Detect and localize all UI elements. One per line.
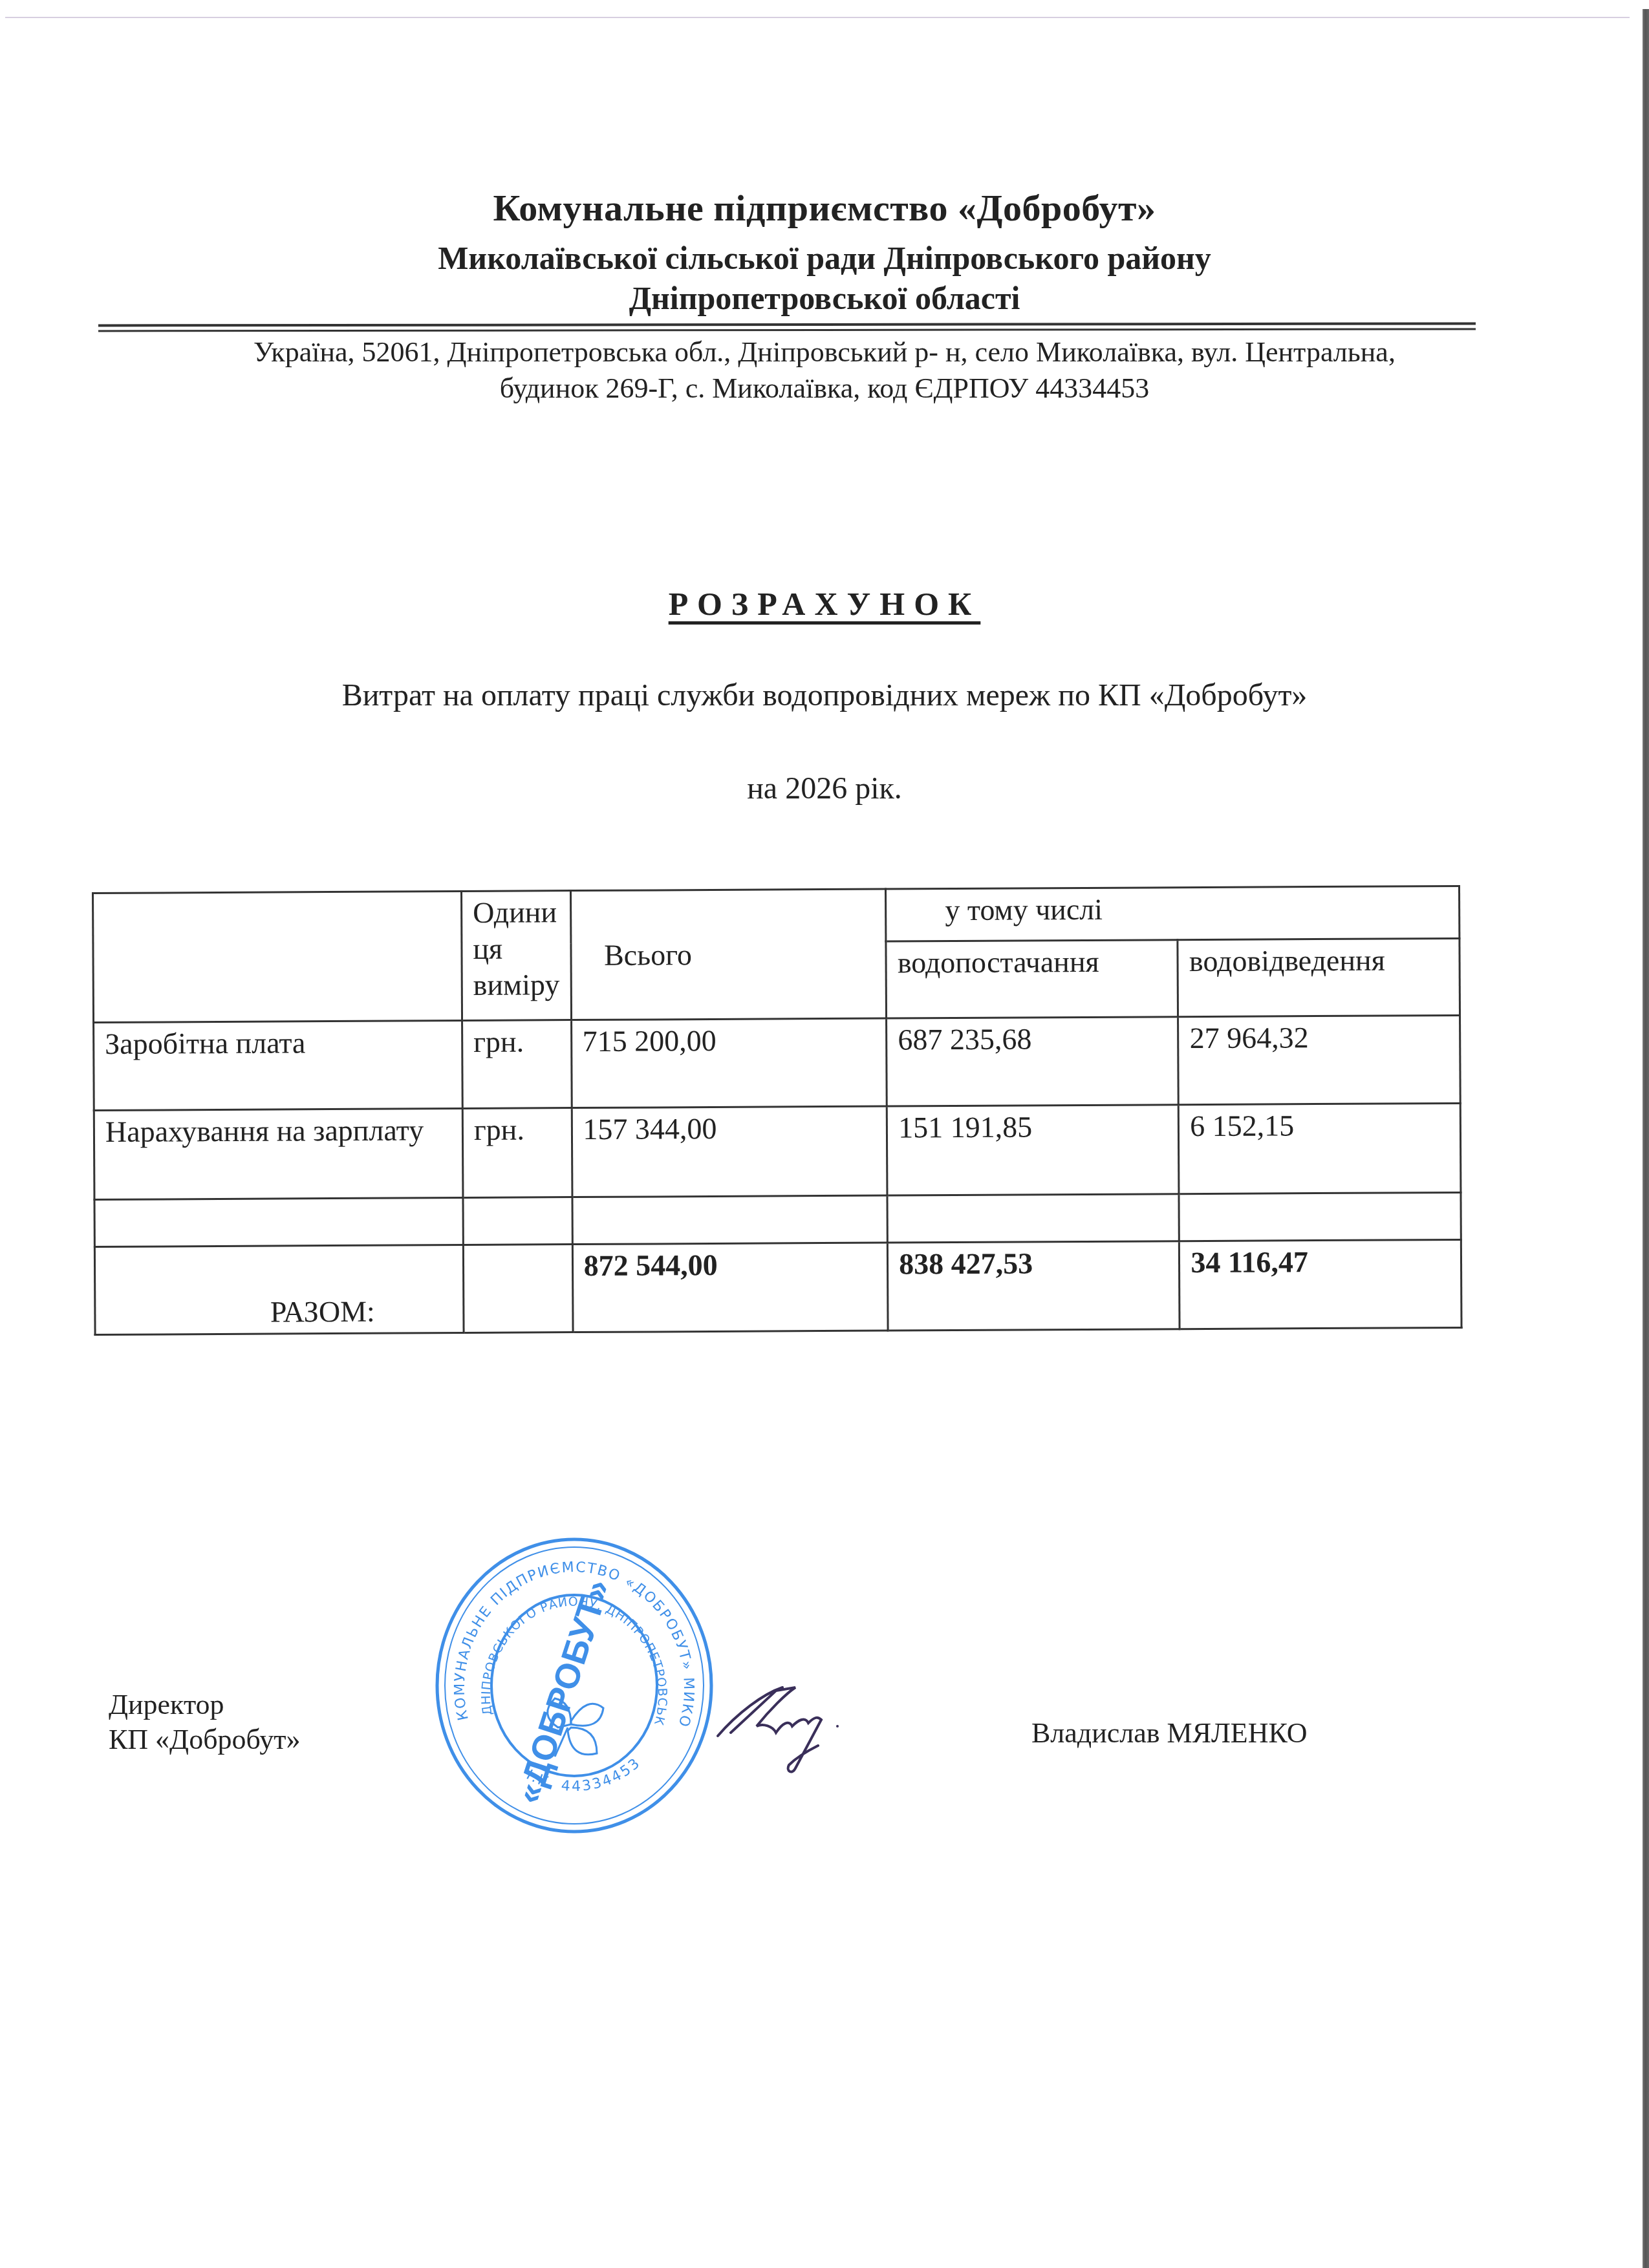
header-total: Всього [570, 889, 887, 1020]
address-line-1: Україна, 52061, Дніпропетровська обл., Д… [0, 334, 1649, 370]
org-council: Миколаївської сільської ради Дніпровсько… [0, 239, 1649, 277]
row-water-drainage: 6 152,15 [1179, 1103, 1461, 1193]
signatory-position: Директор КП «Добробут» [109, 1687, 300, 1757]
row-water-drainage [1179, 1192, 1461, 1241]
signature-icon [711, 1655, 918, 1817]
header-including: у тому числі [886, 886, 1460, 941]
calculation-table: Одини ця виміру Всього у тому числі водо… [92, 885, 1463, 1336]
position-org: КП «Добробут» [109, 1722, 300, 1757]
table-row-empty [94, 1192, 1461, 1246]
row-water-drainage: 27 964,32 [1178, 1015, 1460, 1104]
document-period: на 2026 рік. [0, 771, 1649, 806]
table-header-row: Одини ця виміру Всього у тому числі [93, 886, 1460, 945]
row-water-supply: 151 191,85 [887, 1105, 1179, 1195]
row-total: 715 200,00 [571, 1018, 887, 1108]
total-water-supply: 838 427,53 [888, 1241, 1180, 1331]
document-title-text: РОЗРАХУНОК [669, 586, 981, 622]
letterhead-divider [98, 323, 1476, 334]
row-unit [463, 1197, 572, 1245]
signatory-name: Владислав МЯЛЕНКО [1031, 1717, 1308, 1749]
scan-top-rule [5, 17, 1630, 18]
total-unit [463, 1245, 572, 1333]
row-water-supply [887, 1194, 1180, 1243]
row-water-supply: 687 235,68 [887, 1017, 1179, 1106]
header-unit-line: виміру [473, 967, 560, 1003]
table-row: Заробітна плата грн. 715 200,00 687 235,… [94, 1015, 1461, 1110]
row-unit: грн. [462, 1020, 571, 1109]
header-water-supply: водопостачання [886, 940, 1178, 1018]
row-unit: грн. [462, 1108, 572, 1198]
header-unit-line: Одини [473, 894, 559, 931]
address-line-2: будинок 269-Г, с. Миколаївка, код ЄДРПОУ… [0, 370, 1649, 407]
table-row: Нарахування на зарплату грн. 157 344,00 … [94, 1103, 1461, 1199]
total-value: 872 544,00 [572, 1243, 888, 1332]
org-region: Дніпропетровської області [0, 279, 1649, 317]
table-total-row: РАЗОМ: 872 544,00 838 427,53 34 116,47 [94, 1239, 1461, 1334]
header-water-drainage: водовідведення [1178, 938, 1460, 1016]
total-water-drainage: 34 116,47 [1180, 1239, 1461, 1329]
org-name: Комунальне підприємство «Добробут» [0, 186, 1649, 230]
header-unit-line: ця [473, 930, 559, 967]
official-stamp-icon: КОМУНАЛЬНЕ ПІДПРИЄМСТВО «ДОБРОБУТ» МИКОЛ… [432, 1534, 717, 1837]
row-total [572, 1195, 888, 1245]
header-empty-cell [93, 892, 462, 1023]
row-name [94, 1198, 463, 1247]
position-title: Директор [109, 1687, 300, 1722]
row-name: Заробітна плата [94, 1021, 463, 1111]
document-title: РОЗРАХУНОК [0, 585, 1649, 623]
document-subtitle: Витрат на оплату праці служби водопровід… [0, 678, 1649, 713]
header-unit: Одини ця виміру [461, 891, 571, 1021]
row-name: Нарахування на зарплату [94, 1109, 463, 1200]
row-total: 157 344,00 [572, 1106, 887, 1197]
total-label: РАЗОМ: [94, 1245, 464, 1335]
